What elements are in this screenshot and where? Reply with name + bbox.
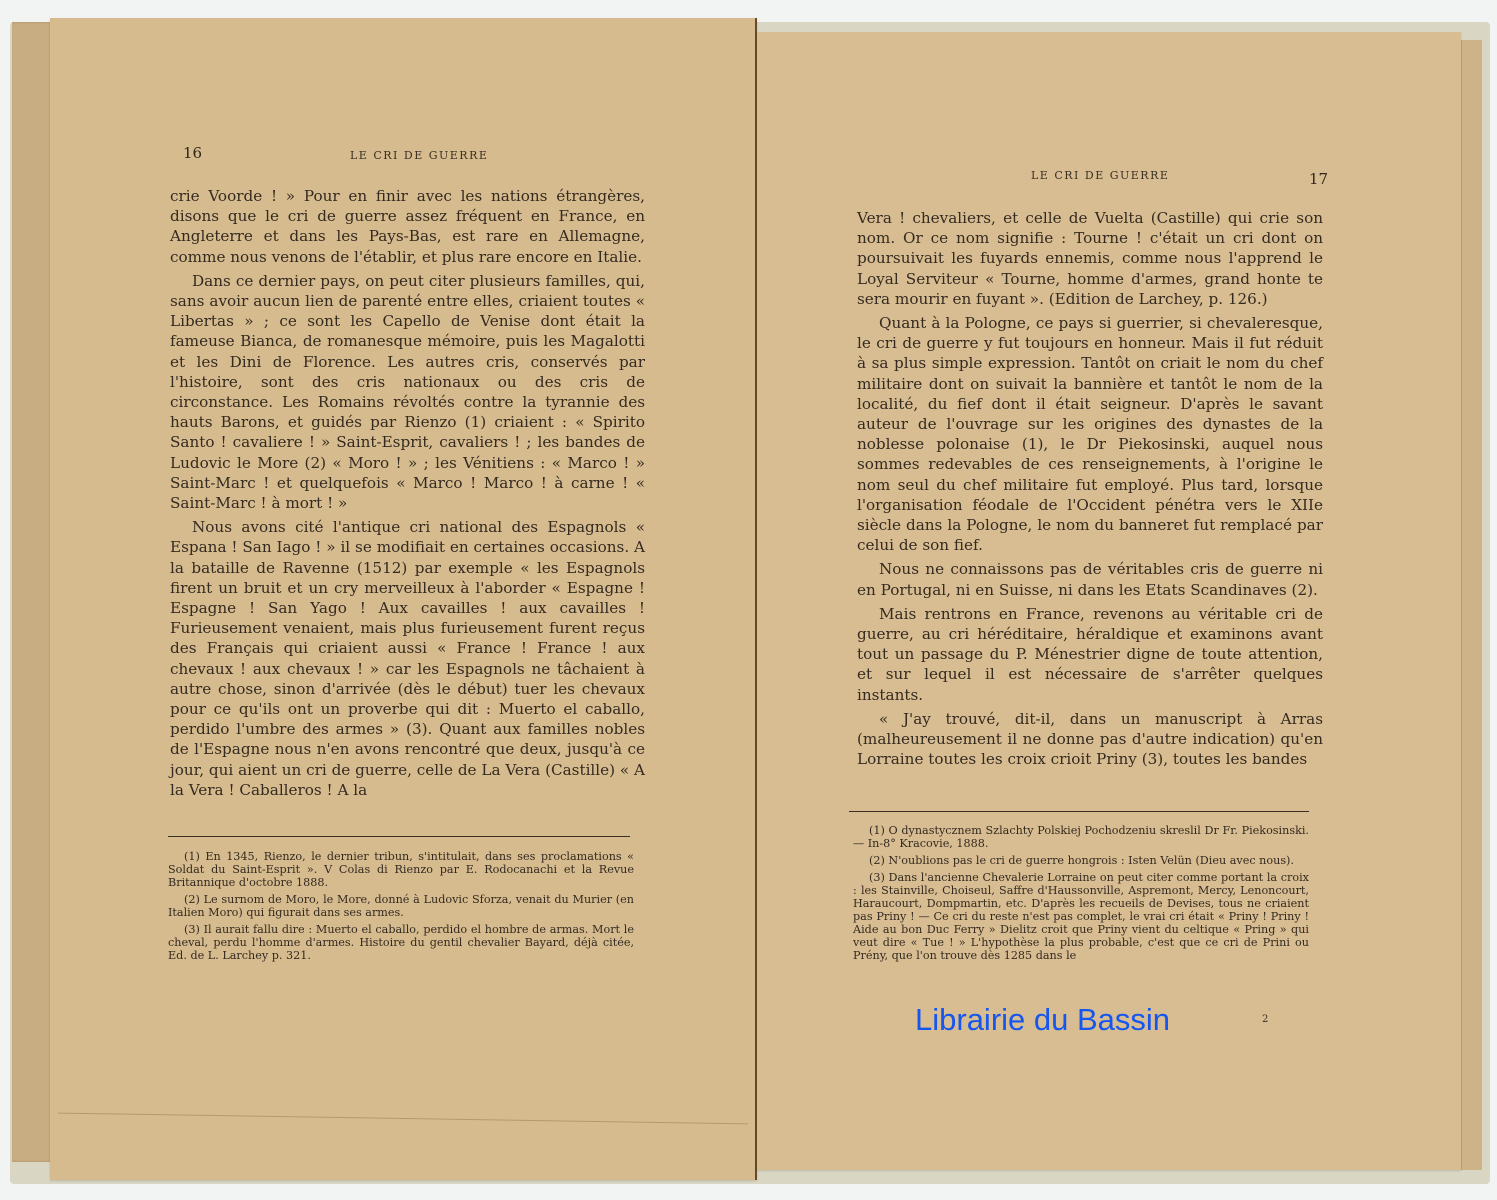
footnote: (3) Il aurait fallu dire : Muerto el cab… — [168, 923, 634, 962]
paragraph: Mais rentrons en France, revenons au vér… — [857, 604, 1323, 705]
footnote: (2) Le surnom de Moro, le More, donné à … — [168, 893, 634, 919]
footnote: (1) En 1345, Rienzo, le dernier tribun, … — [168, 850, 634, 889]
left-footnotes: (1) En 1345, Rienzo, le dernier tribun, … — [168, 850, 634, 966]
paragraph: crie Voorde ! » Pour en finir avec les n… — [170, 186, 645, 267]
paragraph: Quant à la Pologne, ce pays si guerrier,… — [857, 313, 1323, 555]
watermark-text: Librairie du Bassin — [915, 1002, 1170, 1038]
running-head-left: LE CRI DE GUERRE — [350, 149, 488, 162]
right-body-text: Vera ! chevaliers, et celle de Vuelta (C… — [857, 208, 1323, 773]
running-head-right: LE CRI DE GUERRE — [1031, 169, 1169, 182]
footnote-rule — [168, 836, 630, 837]
right-footnotes: (1) O dynastycznem Szlachty Polskiej Poc… — [853, 824, 1309, 966]
page-fold — [58, 1113, 748, 1125]
right-page: LE CRI DE GUERRE 17 Vera ! chevaliers, e… — [757, 32, 1461, 1170]
page-number-right: 17 — [1309, 170, 1328, 188]
footnote-rule — [849, 811, 1309, 812]
left-cover-edge — [12, 22, 54, 1162]
paragraph: « J'ay trouvé, dit-il, dans un manuscrip… — [857, 709, 1323, 770]
page-number-left: 16 — [183, 144, 202, 162]
paragraph: Nous ne connaissons pas de véritables cr… — [857, 559, 1323, 599]
paragraph: Nous avons cité l'antique cri national d… — [170, 517, 645, 800]
paragraph: Vera ! chevaliers, et celle de Vuelta (C… — [857, 208, 1323, 309]
paragraph: Dans ce dernier pays, on peut citer plus… — [170, 271, 645, 513]
footnote: (2) N'oublions pas le cri de guerre hong… — [853, 854, 1309, 867]
footnote: (3) Dans l'ancienne Chevalerie Lorraine … — [853, 871, 1309, 962]
left-body-text: crie Voorde ! » Pour en finir avec les n… — [170, 186, 645, 804]
left-page: 16 LE CRI DE GUERRE crie Voorde ! » Pour… — [50, 18, 757, 1180]
footnote: (1) O dynastycznem Szlachty Polskiej Poc… — [853, 824, 1309, 850]
right-cover-edge — [1461, 40, 1482, 1170]
signature-mark: 2 — [1262, 1014, 1268, 1025]
